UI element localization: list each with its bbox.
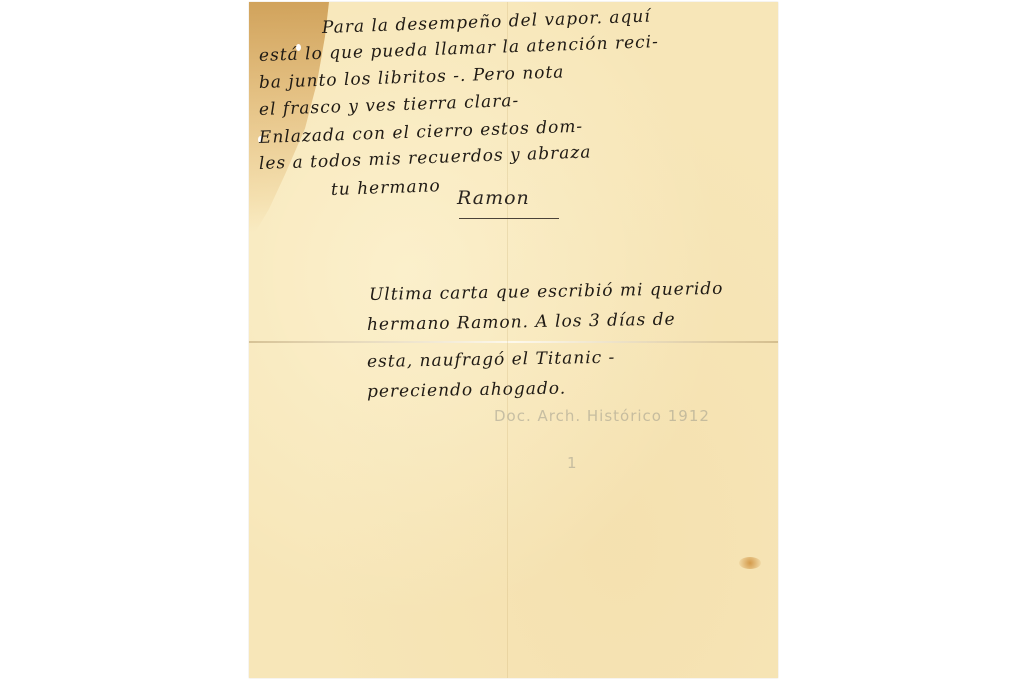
pencil-mark: 1 [567,454,577,472]
rust-spot [739,557,761,569]
annotation-line: pereciendo ahogado. [367,379,567,402]
annotation-line: hermano Ramon. A los 3 días de [367,310,676,335]
pencil-archive-note: Doc. Arch. Histórico 1912 [494,407,710,425]
signature: Ramon [457,187,530,209]
horizontal-fold-line [249,341,778,343]
annotation-line: Ultima carta que escribió mi querido [369,279,724,305]
annotation-line: esta, naufragó el Titanic - [367,348,616,372]
signature-underline [459,218,559,219]
letter-line: les a todos mis recuerdos y abraza [259,142,592,174]
letter-page: Para la desempeño del vapor. aquí está l… [249,2,778,678]
letter-closing: tu hermano [331,176,441,200]
letter-line: Enlazada con el cierro estos dom- [259,117,584,148]
